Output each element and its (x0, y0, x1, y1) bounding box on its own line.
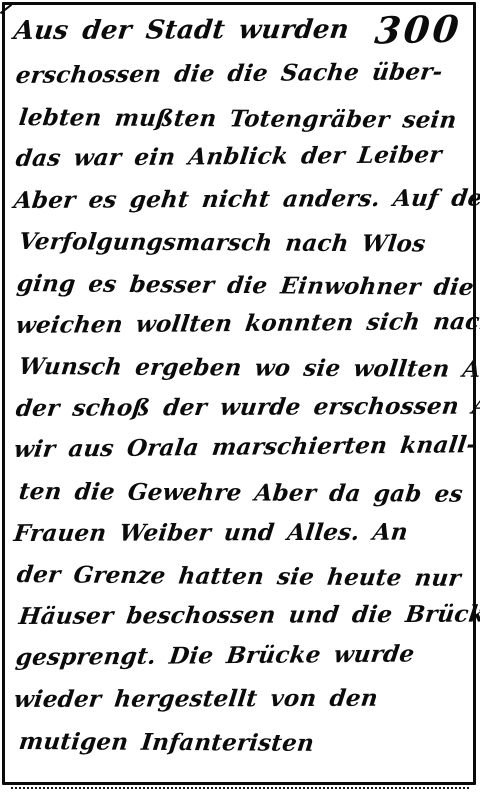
heading-text: Aus der Stadt wurden (12, 15, 350, 46)
handwritten-line: Häuser beschossen und die Brücke (11, 593, 473, 637)
heading-number: 300 (373, 7, 464, 53)
handwritten-line: gesprengt. Die Brücke wurde (11, 633, 473, 679)
handwritten-line: mutigen Infanteristen (12, 721, 472, 765)
handwritten-line: erschossen die die Sache über- (11, 51, 473, 97)
handwritten-line: Frauen Weiber und Alles. An (12, 511, 473, 554)
handwritten-line: wir aus Orala marschierten knall- (11, 425, 473, 471)
scan-artifact (0, 4, 12, 14)
handwritten-line: Verfolgungsmarsch nach Wlos (12, 221, 472, 265)
heading-line: Aus der Stadt wurden 300 (11, 5, 473, 55)
handwritten-line: der schoß der wurde erschossen Als (11, 385, 473, 429)
handwritten-line: der Grenze hatten sie heute nur (11, 554, 472, 600)
handwritten-line: Aber es geht nicht anders. Auf dem (11, 177, 473, 221)
manuscript-page: Aus der Stadt wurden 300 erschossen die … (0, 0, 480, 792)
handwritten-line: wieder hergestellt von den (12, 677, 473, 720)
handwritten-line: weichen wollten konnten sich nach (11, 301, 473, 347)
handwritten-text-block: Aus der Stadt wurden 300 erschossen die … (14, 7, 470, 780)
handwritten-line: das war ein Anblick der Leiber (11, 134, 473, 180)
handwritten-line: ten die Gewehre Aber da gab es (12, 471, 472, 515)
handwritten-line: Wunsch ergeben wo sie wollten Aber (12, 346, 472, 390)
